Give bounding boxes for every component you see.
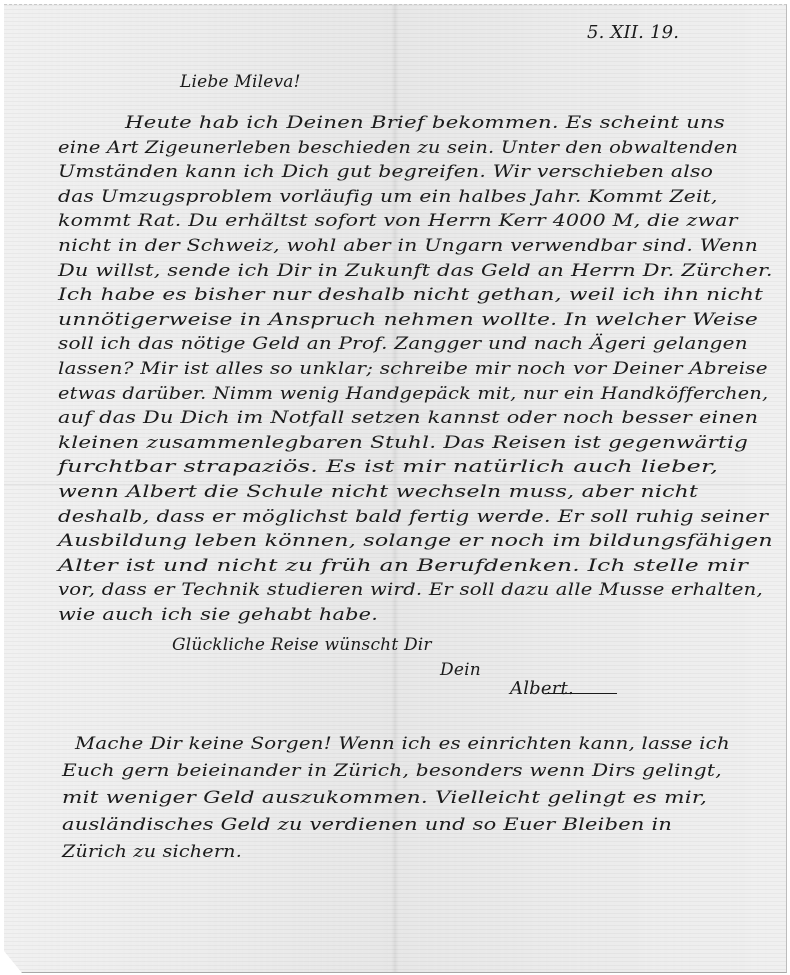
letter-date: 5. XII. 19.: [587, 22, 679, 43]
body-line: etwas darüber. Nimm wenig Handgepäck mit…: [58, 384, 768, 404]
body-line: Heute hab ich Deinen Brief bekommen. Es …: [125, 113, 725, 133]
body-line: unnötigerweise in Anspruch nehmen wollte…: [58, 310, 758, 330]
postscript-line: Zürich zu sichern.: [62, 842, 242, 862]
postscript-line: Mache Dir keine Sorgen! Wenn ich es einr…: [75, 734, 730, 754]
postscript-line: mit weniger Geld auszukommen. Vielleicht…: [62, 788, 707, 808]
body-line: deshalb, dass er möglichst bald fertig w…: [58, 507, 768, 527]
body-line: nicht in der Schweiz, wohl aber in Ungar…: [58, 236, 758, 256]
body-line: das Umzugsproblem vorläufig um ein halbe…: [58, 187, 718, 207]
body-line: auf das Du Dich im Notfall setzen kannst…: [58, 408, 758, 428]
body-line: wie auch ich sie gehabt habe.: [58, 605, 378, 625]
body-line: kleinen zusammenlegbaren Stuhl. Das Reis…: [58, 433, 748, 453]
body-line: lassen? Mir ist alles so unklar; schreib…: [58, 359, 768, 379]
body-line: wenn Albert die Schule nicht wechseln mu…: [58, 482, 698, 502]
body-line: Alter ist und nicht zu früh an Berufdenk…: [58, 556, 748, 576]
body-line: Ausbildung leben können, solange er noch…: [58, 531, 773, 551]
body-line: Umständen kann ich Dich gut begreifen. W…: [58, 162, 713, 182]
body-line: Du willst, sende ich Dir in Zukunft das …: [58, 261, 773, 281]
signature: Albert.: [510, 678, 574, 699]
body-line: Ich habe es bisher nur deshalb nicht get…: [58, 285, 763, 305]
postscript-line: ausländisches Geld zu verdienen und so E…: [62, 815, 672, 835]
body-line: soll ich das nötige Geld an Prof. Zangge…: [58, 334, 748, 354]
body-line: vor, dass er Technik studieren wird. Er …: [58, 580, 763, 600]
body-line: kommt Rat. Du erhältst sofort von Herrn …: [58, 211, 738, 231]
closing-word: Dein: [440, 660, 481, 680]
salutation: Liebe Mileva!: [180, 72, 301, 92]
body-line: furchtbar strapaziös. Es ist mir natürli…: [58, 457, 718, 477]
body-line: eine Art Zigeunerleben beschieden zu sei…: [58, 138, 738, 158]
signature-underline: [545, 693, 617, 694]
closing-line: Glückliche Reise wünscht Dir: [172, 635, 432, 655]
postscript-line: Euch gern beieinander in Zürich, besonde…: [62, 761, 722, 781]
